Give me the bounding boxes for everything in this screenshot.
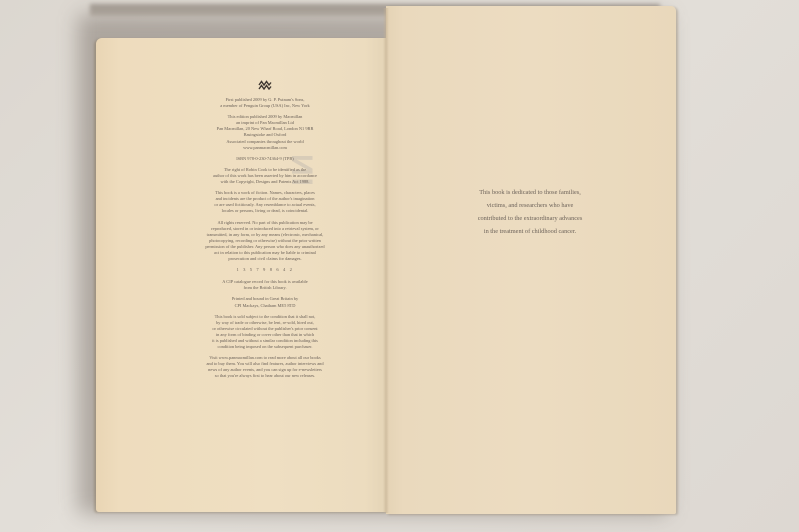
copyright-paragraph: First published 2009 by G. P. Putnam's S… — [185, 97, 345, 109]
copyright-line: locales or persons, living or dead, is c… — [185, 208, 345, 214]
dedication-line: This book is dedicated to those families… — [430, 186, 630, 199]
macmillan-logo-icon — [258, 80, 272, 90]
photo-scene: IN First published 2009 by G. P. Putnam'… — [0, 0, 799, 532]
copyright-paragraph: The right of Robin Cook to be identified… — [185, 167, 345, 185]
copyright-paragraph: All rights reserved. No part of this pub… — [185, 220, 345, 263]
copyright-line: www.panmacmillan.com — [185, 145, 345, 151]
copyright-line: with the Copyright, Designs and Patents … — [185, 179, 345, 185]
copyright-line: transmitted, in any form, or by any mean… — [185, 232, 345, 238]
dedication-text: This book is dedicated to those families… — [430, 186, 630, 238]
copyright-paragraph: A CIP catalogue record for this book is … — [185, 279, 345, 291]
copyright-paragraph: This book is sold subject to the conditi… — [185, 314, 345, 351]
copyright-line: from the British Library. — [185, 285, 345, 291]
dedication-line: contributed to the extraordinary advance… — [430, 212, 630, 225]
copyright-paragraph: Printed and bound in Great Britain byCPI… — [185, 296, 345, 308]
copyright-line: a member of Penguin Group (USA) Inc, New… — [185, 103, 345, 109]
dedication-line: victims, and researchers who have — [430, 199, 630, 212]
copyright-paragraph: ISBN 978-0-230-74364-9 (TPB) — [185, 156, 345, 162]
dedication-page — [386, 6, 676, 514]
copyright-line: ISBN 978-0-230-74364-9 (TPB) — [185, 156, 345, 162]
book-gutter — [383, 8, 389, 513]
copyright-paragraph: This edition published 2009 by Macmillan… — [185, 114, 345, 151]
copyright-paragraph: This book is a work of fiction. Names, c… — [185, 190, 345, 214]
copyright-paragraph: Visit www.panmacmillan.com to read more … — [185, 355, 345, 379]
dedication-line: in the treatment of childhood cancer. — [430, 225, 630, 238]
copyright-line: prosecution and civil claims for damages… — [185, 256, 345, 262]
copyright-line: so that you're always first to hear abou… — [185, 373, 345, 379]
copyright-text-block: First published 2009 by G. P. Putnam's S… — [185, 80, 345, 385]
copyright-line: CPI Mackays, Chatham ME5 8TD — [185, 303, 345, 309]
copyright-paragraph: 1 3 5 7 9 8 6 4 2 — [185, 267, 345, 273]
copyright-line: 1 3 5 7 9 8 6 4 2 — [185, 267, 345, 273]
copyright-line: condition being imposed on the subsequen… — [185, 344, 345, 350]
